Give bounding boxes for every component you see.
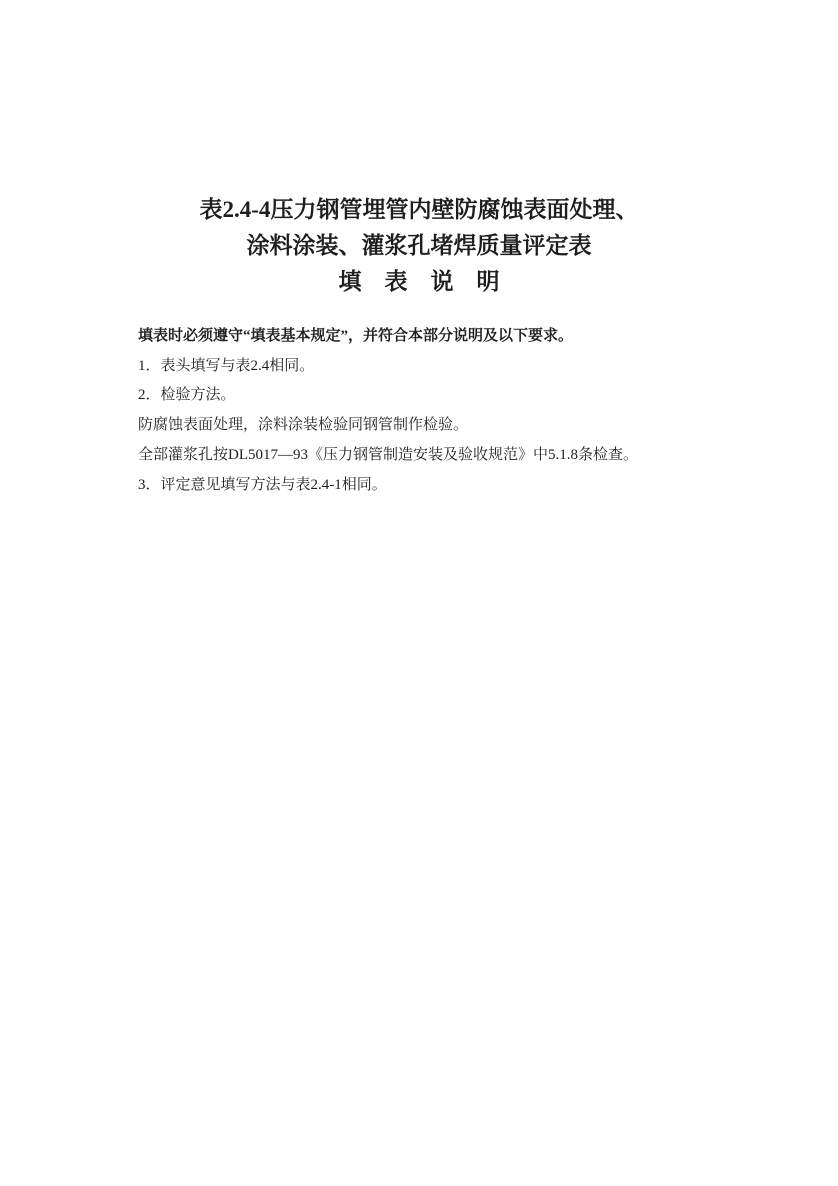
instructions-intro: 填表时必须遵守“填表基本规定”，并符合本部分说明及以下要求。 bbox=[138, 322, 758, 352]
instruction-item-2-detail-1: 防腐蚀表面处理，涂料涂装检验同钢管制作检验。 bbox=[138, 411, 758, 441]
document-title-line-2: 涂料涂装、灌浆孔堵焊质量评定表 bbox=[0, 228, 838, 264]
instructions-body: 填表时必须遵守“填表基本规定”，并符合本部分说明及以下要求。 1．表头填写与表2… bbox=[138, 322, 758, 500]
instruction-item-1: 1．表头填写与表2.4相同。 bbox=[138, 352, 758, 382]
instruction-item-2: 2．检验方法。 bbox=[138, 381, 758, 411]
document-title: 表2.4-4压力钢管埋管内壁防腐蚀表面处理、 涂料涂装、灌浆孔堵焊质量评定表 填… bbox=[0, 192, 838, 300]
instruction-item-2-detail-2: 全部灌浆孔按DL5017—93《压力钢管制造安装及验收规范》中5.1.8条检查。 bbox=[138, 441, 758, 471]
document-title-line-1: 表2.4-4压力钢管埋管内壁防腐蚀表面处理、 bbox=[0, 192, 838, 228]
document-page: 表2.4-4压力钢管埋管内壁防腐蚀表面处理、 涂料涂装、灌浆孔堵焊质量评定表 填… bbox=[0, 0, 838, 1186]
document-subtitle-fill-instructions: 填表说明 bbox=[0, 264, 838, 300]
instruction-item-3: 3．评定意见填写方法与表2.4-1相同。 bbox=[138, 471, 758, 501]
